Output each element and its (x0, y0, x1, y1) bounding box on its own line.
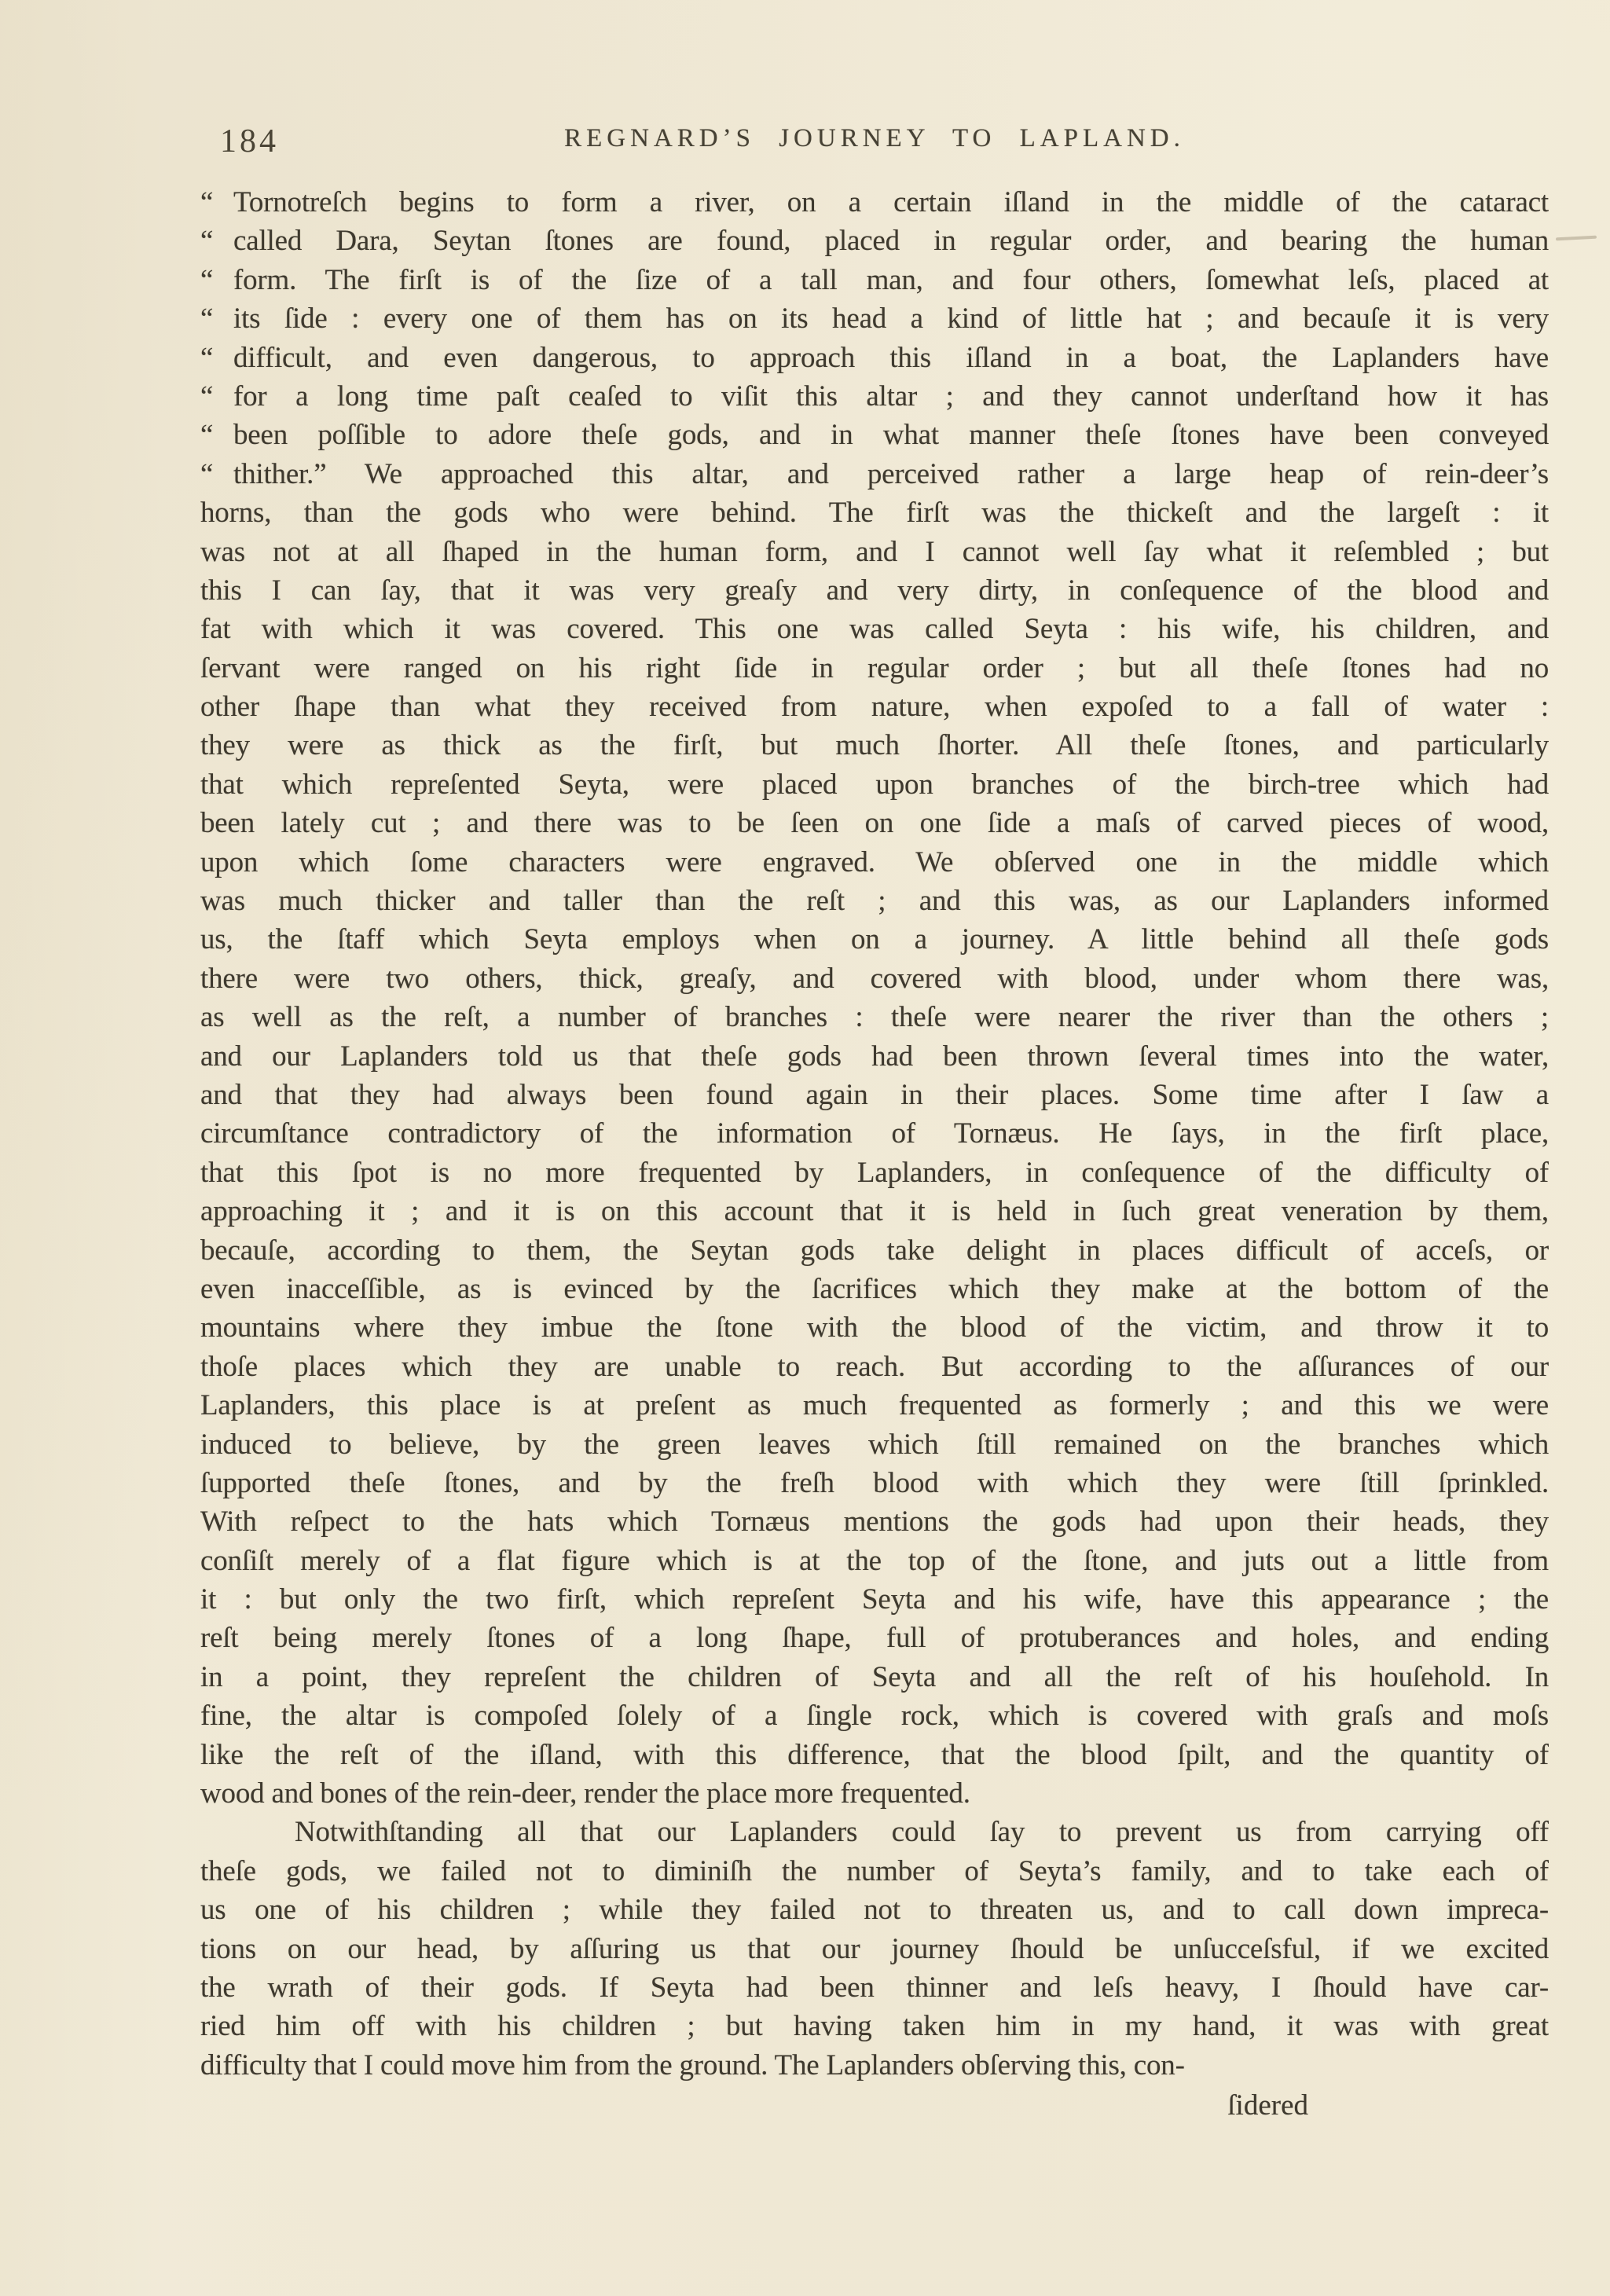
body-line: and that they had always been found agai… (200, 1076, 1549, 1114)
body-line: they were as thick as the firſt, but muc… (200, 726, 1549, 765)
body-line: tions on our head, by aſſuring us that o… (200, 1930, 1549, 1968)
body-line: as well as the reſt, a number of branche… (200, 998, 1549, 1036)
body-line: that which repreſented Seyta, were place… (200, 765, 1549, 804)
catchword: ſidered (1227, 2089, 1308, 2122)
body-line: ried him off with his children ; but hav… (200, 2007, 1549, 2045)
body-line: With reſpect to the hats which Tornæus m… (200, 1502, 1549, 1541)
body-line: this I can ſay, that it was very greaſy … (200, 571, 1549, 610)
quote-mark: “ (200, 339, 233, 377)
body-line: “form. The firſt is of the ſize of a tal… (200, 261, 1549, 299)
body-line: Laplanders, this place is at preſent as … (200, 1386, 1549, 1425)
body-line: induced to believe, by the green leaves … (200, 1425, 1549, 1464)
body-line: “called Dara, Seytan ſtones are found, p… (200, 222, 1549, 260)
body-line: approaching it ; and it is on this accou… (200, 1192, 1549, 1231)
body-line: us one of his children ; while they fail… (200, 1891, 1549, 1929)
body-line: ſupported theſe ſtones, and by the freſh… (200, 1464, 1549, 1502)
body-line: fine, the altar is compoſed ſolely of a … (200, 1696, 1549, 1735)
body-line: “thither.” We approached this altar, and… (200, 455, 1549, 493)
body-line: theſe gods, we failed not to diminiſh th… (200, 1852, 1549, 1891)
body-line: that this ſpot is no more frequented by … (200, 1154, 1549, 1192)
body-line: other ſhape than what they received from… (200, 688, 1549, 726)
body-line: us, the ſtaff which Seyta employs when o… (200, 920, 1549, 959)
body-line: even inacceſſible, as is evinced by the … (200, 1270, 1549, 1308)
body-line: mountains where they imbue the ſtone wit… (200, 1308, 1549, 1347)
body-line: “its ſide : every one of them has on its… (200, 299, 1549, 338)
quote-mark: “ (200, 222, 233, 260)
body-line: there were two others, thick, greaſy, an… (200, 959, 1549, 998)
body-line: in a point, they repreſent the children … (200, 1658, 1549, 1696)
body-line: been lately cut ; and there was to be ſe… (200, 804, 1549, 842)
body-line: ſervant were ranged on his right ſide in… (200, 649, 1549, 688)
body-line: fat with which it was covered. This one … (200, 610, 1549, 648)
text-block: “Tornotreſch begins to form a river, on … (200, 183, 1549, 2085)
ink-smudge (1556, 236, 1597, 241)
body-line: Notwithſtanding all that our Laplanders … (200, 1813, 1549, 1851)
body-line: like the reſt of the iſland, with this d… (200, 1736, 1549, 1774)
body-line: circumſtance contradictory of the inform… (200, 1114, 1549, 1153)
body-line: and our Laplanders told us that theſe go… (200, 1037, 1549, 1076)
body-line: it : but only the two firſt, which repre… (200, 1580, 1549, 1619)
body-line: thoſe places which they are unable to re… (200, 1348, 1549, 1386)
quote-mark: “ (200, 299, 233, 338)
body-line: was much thicker and taller than the reſ… (200, 882, 1549, 920)
body-line: horns, than the gods who were behind. Th… (200, 493, 1549, 532)
body-line: becauſe, according to them, the Seytan g… (200, 1231, 1549, 1270)
body-line: “been poſſible to adore theſe gods, and … (200, 416, 1549, 454)
body-line: “for a long time paſt ceaſed to viſit th… (200, 377, 1549, 416)
book-page: { "page": { "number": "184", "running_ti… (0, 0, 1610, 2296)
body-line: reſt being merely ſtones of a long ſhape… (200, 1619, 1549, 1657)
body-line: upon which ſome characters were engraved… (200, 843, 1549, 882)
quote-mark: “ (200, 455, 233, 493)
body-line: was not at all ſhaped in the human form,… (200, 533, 1549, 571)
body-line: “difficult, and even dangerous, to appro… (200, 339, 1549, 377)
body-line: conſiſt merely of a flat figure which is… (200, 1542, 1549, 1580)
body-line: “Tornotreſch begins to form a river, on … (200, 183, 1549, 222)
running-title: REGNARD’S JOURNEY TO LAPLAND. (200, 124, 1549, 153)
quote-mark: “ (200, 183, 233, 222)
body-line: difficulty that I could move him from th… (200, 2046, 1549, 2085)
quote-mark: “ (200, 377, 233, 416)
quote-mark: “ (200, 416, 233, 454)
body-line: wood and bones of the rein-deer, render … (200, 1774, 1549, 1813)
quote-mark: “ (200, 261, 233, 299)
body-line: the wrath of their gods. If Seyta had be… (200, 1968, 1549, 2007)
